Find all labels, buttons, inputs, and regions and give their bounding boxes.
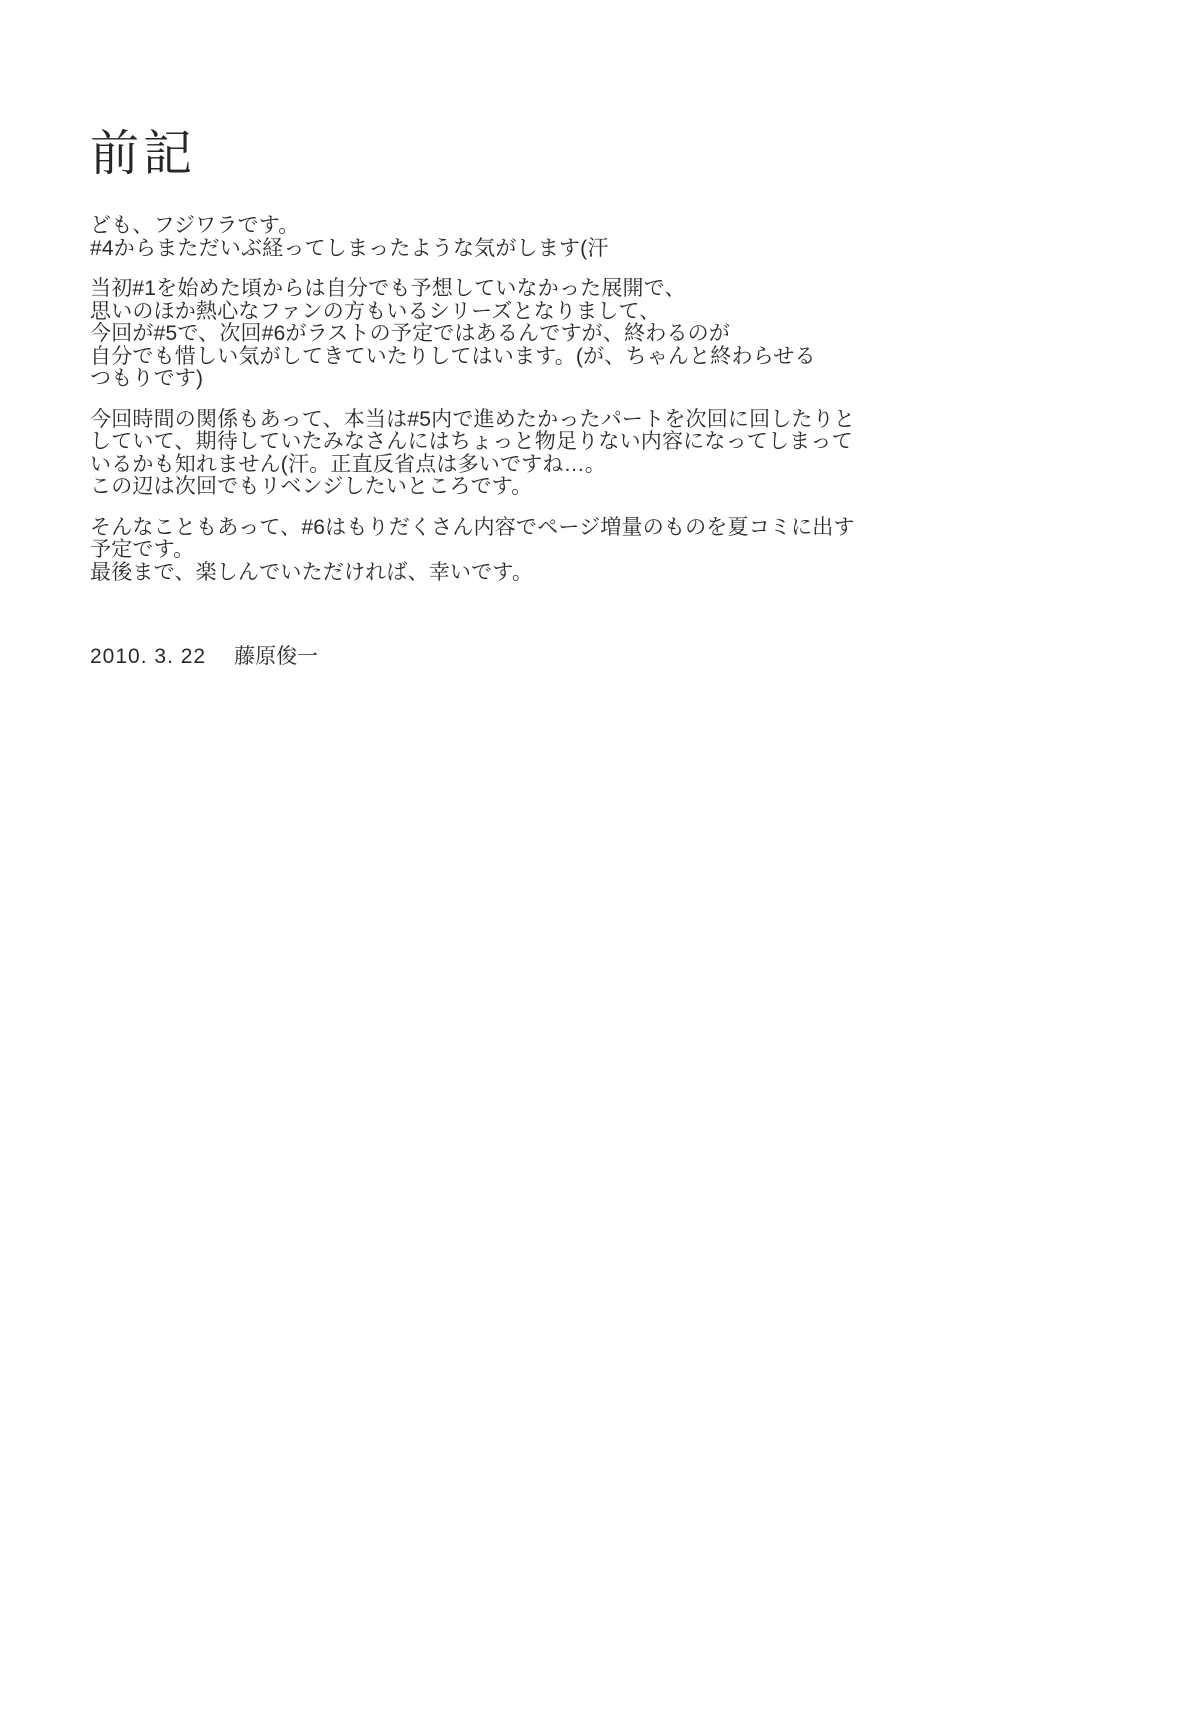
text-line: 自分でも惜しい気がしてきていたりしてはいます。(が、ちゃんと終わらせる — [90, 346, 950, 369]
paragraph-next-issue: そんなこともあって、#6はもりだくさん内容でページ増量のものを夏コミに出す 予定… — [90, 517, 950, 585]
text-line: していて、期待していたみなさんにはちょっと物足りない内容になってしまって — [90, 431, 950, 454]
signature-line: 2010. 3. 22藤原俊一 — [90, 645, 950, 668]
document-page: 前記 ども、フジワラです。 #4からまただいぶ経ってしまったような気がします(汗… — [0, 0, 1200, 1718]
preface-content: 前記 ども、フジワラです。 #4からまただいぶ経ってしまったような気がします(汗… — [90, 130, 950, 668]
text-line: ども、フジワラです。 — [90, 215, 950, 238]
paragraph-greeting: ども、フジワラです。 #4からまただいぶ経ってしまったような気がします(汗 — [90, 215, 950, 260]
text-line: 当初#1を始めた頃からは自分でも予想していなかった展開で、 — [90, 278, 950, 301]
text-line: そんなこともあって、#6はもりだくさん内容でページ増量のものを夏コミに出す — [90, 517, 950, 540]
text-line: この辺は次回でもリベンジしたいところです。 — [90, 476, 950, 499]
text-line: 最後まで、楽しんでいただければ、幸いです。 — [90, 562, 950, 585]
text-line: 予定です。 — [90, 539, 950, 562]
text-line: 今回が#5で、次回#6がラストの予定ではあるんですが、終わるのが — [90, 323, 950, 346]
paragraph-series-history: 当初#1を始めた頃からは自分でも予想していなかった展開で、 思いのほか熱心なファ… — [90, 278, 950, 391]
text-line: つもりです) — [90, 368, 950, 391]
signature-author: 藤原俊一 — [234, 645, 318, 668]
text-line: #4からまただいぶ経ってしまったような気がします(汗 — [90, 238, 950, 261]
text-line: 今回時間の関係もあって、本当は#5内で進めたかったパートを次回に回したりと — [90, 409, 950, 432]
text-line: 思いのほか熱心なファンの方もいるシリーズとなりまして、 — [90, 301, 950, 324]
page-title: 前記 — [90, 130, 950, 179]
text-line: いるかも知れません(汗。正直反省点は多いですね…。 — [90, 454, 950, 477]
paragraph-apology: 今回時間の関係もあって、本当は#5内で進めたかったパートを次回に回したりと して… — [90, 409, 950, 499]
signature-date: 2010. 3. 22 — [90, 645, 206, 668]
